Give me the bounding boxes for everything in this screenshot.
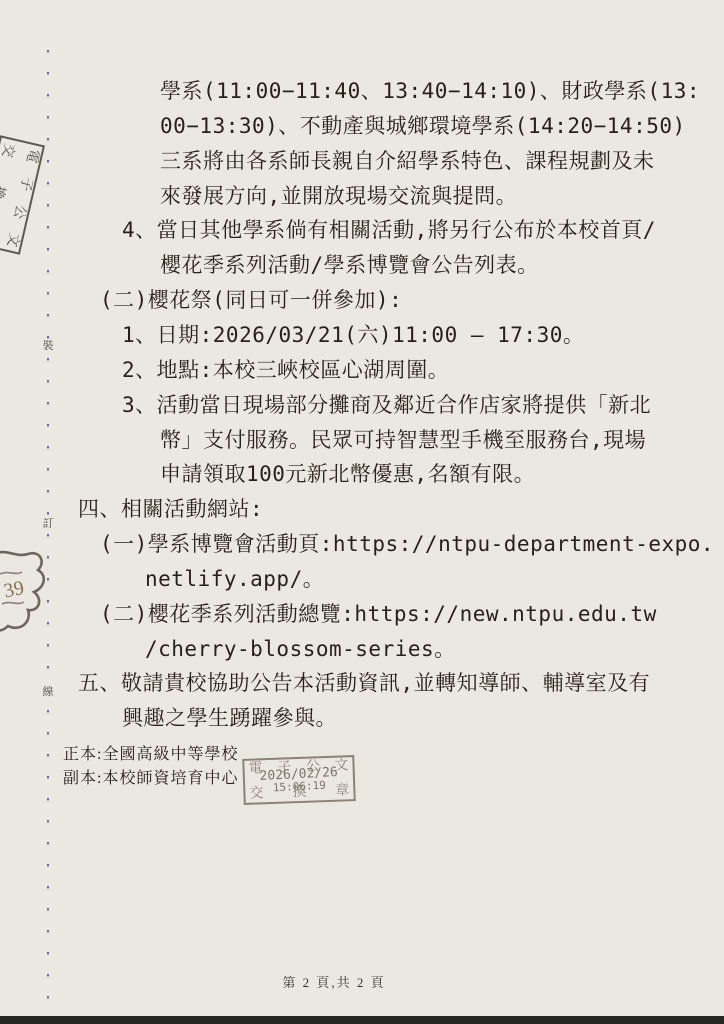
doc-line: 幣」支付服務。民眾可持智慧型手機至服務台,現場 xyxy=(160,427,646,453)
doc-line: (二)櫻花季系列活動總覽:https://new.ntpu.edu.tw xyxy=(100,601,657,627)
doc-line: 五、敬請貴校協助公告本活動資訊,並轉知導師、輔導室及有 xyxy=(78,670,650,696)
doc-line: 學系(11:00−11:40、13:40−14:10)、財政學系(13: xyxy=(160,78,700,104)
binding-char-ding: 訂 xyxy=(39,518,57,531)
doc-line: netlify.app/。 xyxy=(145,566,324,592)
binding-char-zhuang: 裝 xyxy=(39,340,57,353)
scan-bottom-edge xyxy=(0,1016,724,1024)
doc-line: 1、日期:2026/03/21(六)11:00 – 17:30。 xyxy=(122,322,584,348)
binding-char-xian: 線 xyxy=(39,686,57,699)
distribution-copy: 副本:本校師資培育中心 xyxy=(63,765,238,788)
doc-line: 00−13:30)、不動產與城鄉環境學系(14:20−14:50) xyxy=(160,113,686,139)
doc-line: 四、相關活動網站: xyxy=(78,496,263,522)
doc-line: 2、地點:本校三峽校區心湖周圍。 xyxy=(122,357,449,383)
page-number-footer: 第 2 頁,共 2 頁 xyxy=(0,972,696,991)
seal-39-icon: 39 xyxy=(0,546,52,640)
document-page: 裝 訂 線 電子公文 交換章 39 學系(11:00−11:40、13:40−1… xyxy=(0,0,724,1024)
doc-line: 4、當日其他學系倘有相關活動,將另行公布於本校首頁/ xyxy=(122,217,656,243)
stamp-time: 15:06:19 xyxy=(273,779,327,794)
doc-line: (二)櫻花祭(同日可一併參加): xyxy=(100,287,402,313)
doc-line: 三系將由各系師長親自介紹學系特色、課程規劃及未 xyxy=(160,148,655,174)
exchange-stamp: 電子公文 交換章 2026/02/26 15:06:19 xyxy=(242,755,356,805)
doc-line: /cherry-blossom-series。 xyxy=(145,636,456,662)
distribution-original: 正本:全國高級中等學校 xyxy=(63,741,238,764)
doc-line: 3、活動當日現場部分攤商及鄰近合作店家將提供「新北 xyxy=(122,392,651,418)
exchange-stamp-rotated: 電子公文 交換章 xyxy=(0,135,45,254)
seal-number: 39 xyxy=(2,577,26,603)
doc-line: 申請領取100元新北幣優惠,名額有限。 xyxy=(160,461,535,487)
doc-line: 櫻花季系列活動/學系博覽會公告列表。 xyxy=(160,252,539,278)
doc-line: (一)學系博覽會活動頁:https://ntpu-department-expo… xyxy=(100,531,714,557)
doc-line: 來發展方向,並開放現場交流與提問。 xyxy=(160,183,517,209)
stamp-timestamp: 2026/02/26 15:06:19 xyxy=(244,756,354,804)
doc-line: 興趣之學生踴躍參與。 xyxy=(122,705,337,731)
